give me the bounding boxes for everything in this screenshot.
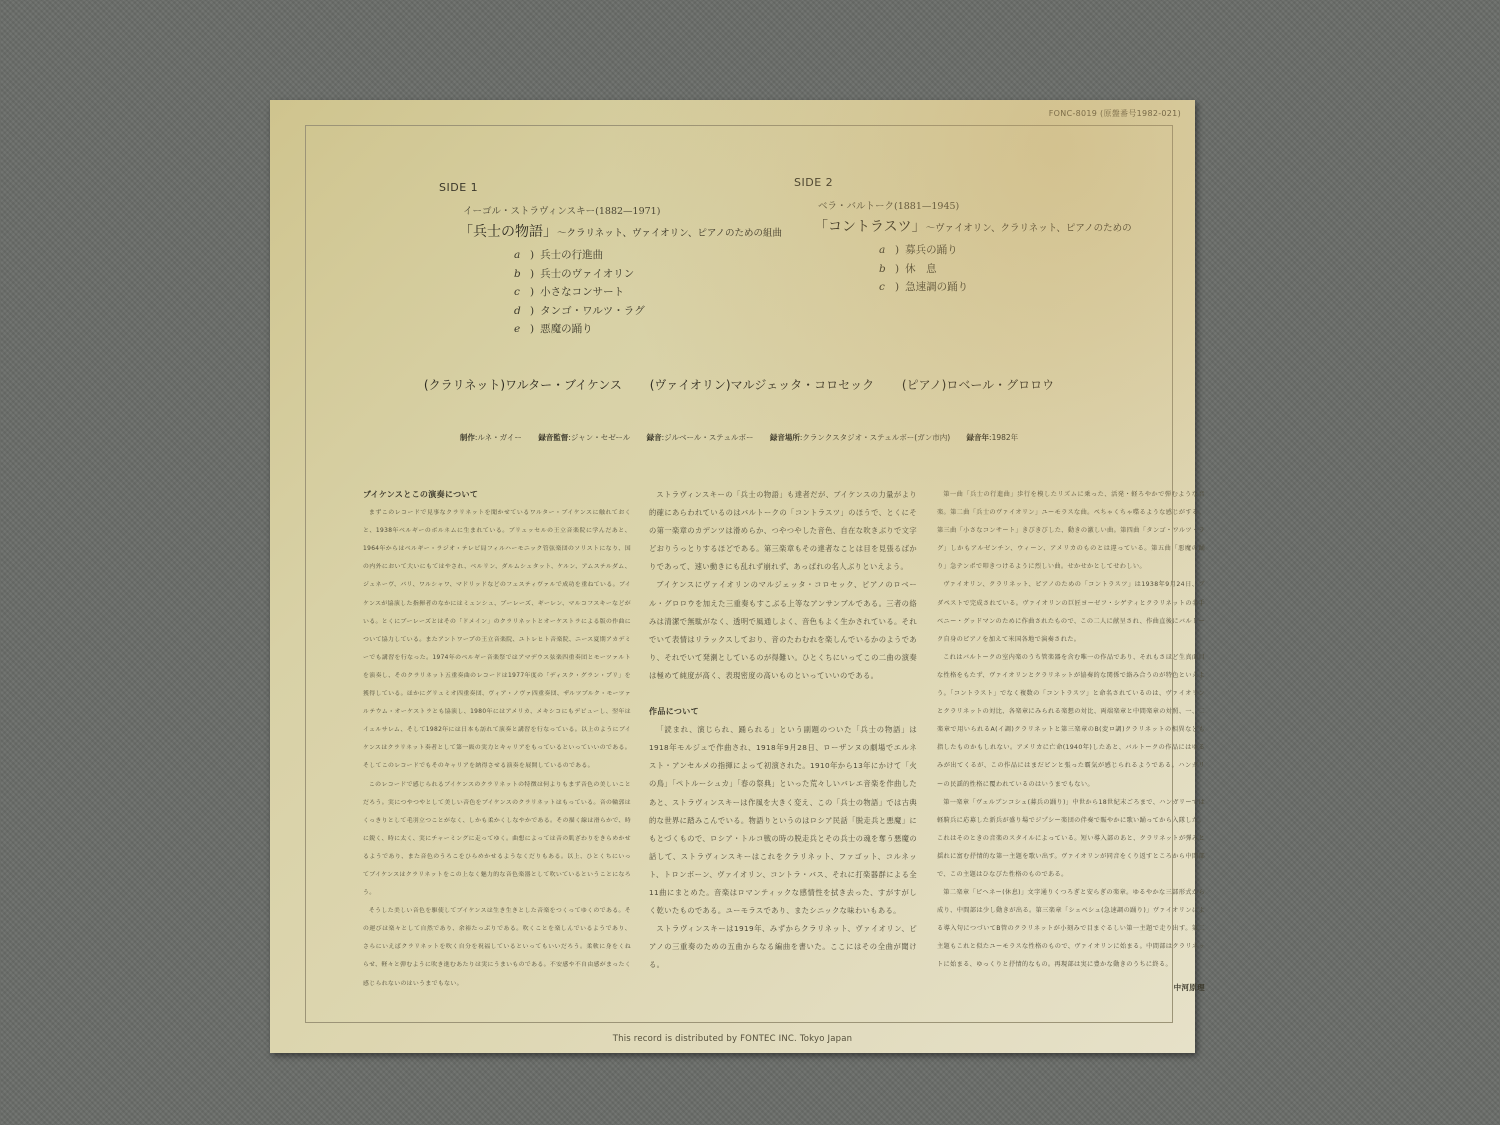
paragraph: 第一曲「兵士の行進曲」歩行を模したリズムに乗った、活発・軽ろやかで弾むような音楽… — [937, 486, 1205, 576]
side-2-label: SIDE 2 — [794, 176, 1132, 189]
side-1-work-subtitle: 〜クラリネット、ヴァイオリン、ピアノのための組曲 — [557, 228, 782, 239]
production-credits: 制作:ルネ・ガイー 録音監督:ジャン・セゼール 録音:ジルベール・ステュルボー … — [306, 432, 1172, 443]
side-2-composer: ベラ・バルトーク(1881—1945) — [818, 198, 1132, 212]
paragraph: まずこのレコードで見事なクラリネットを聞かせているワルター・ブイケンスに触れてお… — [363, 504, 631, 775]
paragraph: そうした美しい音色を駆使してブイケンスは生き生きとした音楽をつくってゆくのである… — [363, 902, 631, 992]
side-2-tracklist: SIDE 2 ベラ・バルトーク(1881—1945) 「コントラスツ」〜ヴァイオ… — [794, 176, 1132, 298]
side-2-movements: a)募兵の踊り b)休 息 c)急速調の踊り — [879, 242, 1132, 298]
credit-engineer: 録音:ジルベール・ステュルボー — [647, 433, 754, 442]
movement-item: c)小さなコンサート — [514, 284, 782, 303]
movement-item: b)兵士のヴァイオリン — [514, 266, 782, 285]
paragraph: ストラヴィンスキーは1919年、みずからクラリネット、ヴァイオリン、ピアノの三重… — [649, 920, 917, 974]
paragraph: ブイケンスにヴァイオリンのマルジェッタ・コロセック、ピアノのロベール・グロロウを… — [649, 576, 917, 685]
record-inner-sleeve: FONC-8019 (原盤番号1982-021) SIDE 1 イーゴル・ストラ… — [270, 100, 1195, 1053]
credit-producer: 制作:ルネ・ガイー — [460, 433, 522, 442]
liner-notes-column-2: ストラヴィンスキーの「兵士の物語」も達者だが、ブイケンスの力量がより的確にあらわ… — [649, 486, 917, 974]
movement-item: d)タンゴ・ワルツ・ラグ — [514, 303, 782, 322]
paragraph: このレコードで感じられるブイケンスのクラリネットの特徴は何よりもまず音色の美しい… — [363, 776, 631, 903]
liner-notes-column-3: 第一曲「兵士の行進曲」歩行を模したリズムに乗った、活発・軽ろやかで弾むような音楽… — [937, 486, 1205, 997]
paragraph: ヴァイオリン、クラリネット、ピアノのための「コントラスツ」は1938年9月24日… — [937, 576, 1205, 648]
credit-recording-director: 録音監督:ジャン・セゼール — [538, 433, 630, 442]
credit-location: 録音場所:クランクスタジオ・ステュルボー(ガン市内) — [770, 433, 950, 442]
author-signature: 中河原理 — [937, 979, 1205, 997]
paragraph: 第一楽章「ヴェルブンコシュ(募兵の踊り)」中世から18世紀末ごろまで、ハンガリー… — [937, 794, 1205, 884]
movement-item: b)休 息 — [879, 261, 1132, 280]
side-1-movements: a)兵士の行進曲 b)兵士のヴァイオリン c)小さなコンサート d)タンゴ・ワル… — [514, 247, 782, 340]
paragraph: これはバルトークの室内楽のうち管楽器を含む唯一の作品であり、それもさほど生真面目… — [937, 649, 1205, 794]
side-1-composer: イーゴル・ストラヴィンスキー(1882—1971) — [463, 203, 782, 217]
side-1-tracklist: SIDE 1 イーゴル・ストラヴィンスキー(1882—1971) 「兵士の物語」… — [439, 181, 782, 340]
side-1-work: 「兵士の物語」〜クラリネット、ヴァイオリン、ピアノのための組曲 — [459, 221, 782, 241]
section-heading-performance: ブイケンスとこの演奏について — [363, 486, 631, 504]
side-1-work-title: 「兵士の物語」 — [459, 224, 557, 240]
paragraph: 「読まれ、演じられ、踊られる」という副題のついた「兵士の物語」は1918年モルジ… — [649, 721, 917, 920]
performer-piano: (ピアノ)ロベール・グロロウ — [902, 378, 1054, 392]
paragraph: 第二楽章「ピヘネー(休息)」文字通りくつろぎと安らぎの楽章。ゆるやかな三部形式か… — [937, 884, 1205, 974]
content-frame: SIDE 1 イーゴル・ストラヴィンスキー(1882—1971) 「兵士の物語」… — [305, 125, 1173, 1023]
paragraph: ストラヴィンスキーの「兵士の物語」も達者だが、ブイケンスの力量がより的確にあらわ… — [649, 486, 917, 576]
catalog-number: FONC-8019 (原盤番号1982-021) — [1049, 108, 1181, 119]
side-2-work: 「コントラスツ」〜ヴァイオリン、クラリネット、ピアノのための — [814, 216, 1132, 236]
side-2-work-subtitle: 〜ヴァイオリン、クラリネット、ピアノのための — [926, 223, 1132, 234]
credit-year: 録音年:1982年 — [967, 433, 1019, 442]
performer-clarinet: (クラリネット)ワルター・ブイケンス — [424, 378, 622, 392]
side-1-label: SIDE 1 — [439, 181, 782, 194]
performers-line: (クラリネット)ワルター・ブイケンス (ヴァイオリン)マルジェッタ・コロセック … — [306, 376, 1172, 393]
movement-item: e)悪魔の踊り — [514, 321, 782, 340]
performer-violin: (ヴァイオリン)マルジェッタ・コロセック — [650, 378, 874, 392]
movement-item: c)急速調の踊り — [879, 279, 1132, 298]
distributor-footer: This record is distributed by FONTEC INC… — [270, 1034, 1195, 1044]
movement-item: a)兵士の行進曲 — [514, 247, 782, 266]
liner-notes-column-1: ブイケンスとこの演奏について まずこのレコードで見事なクラリネットを聞かせている… — [363, 486, 631, 993]
movement-item: a)募兵の踊り — [879, 242, 1132, 261]
section-heading-works: 作品について — [649, 703, 917, 721]
side-2-work-title: 「コントラスツ」 — [814, 219, 926, 235]
